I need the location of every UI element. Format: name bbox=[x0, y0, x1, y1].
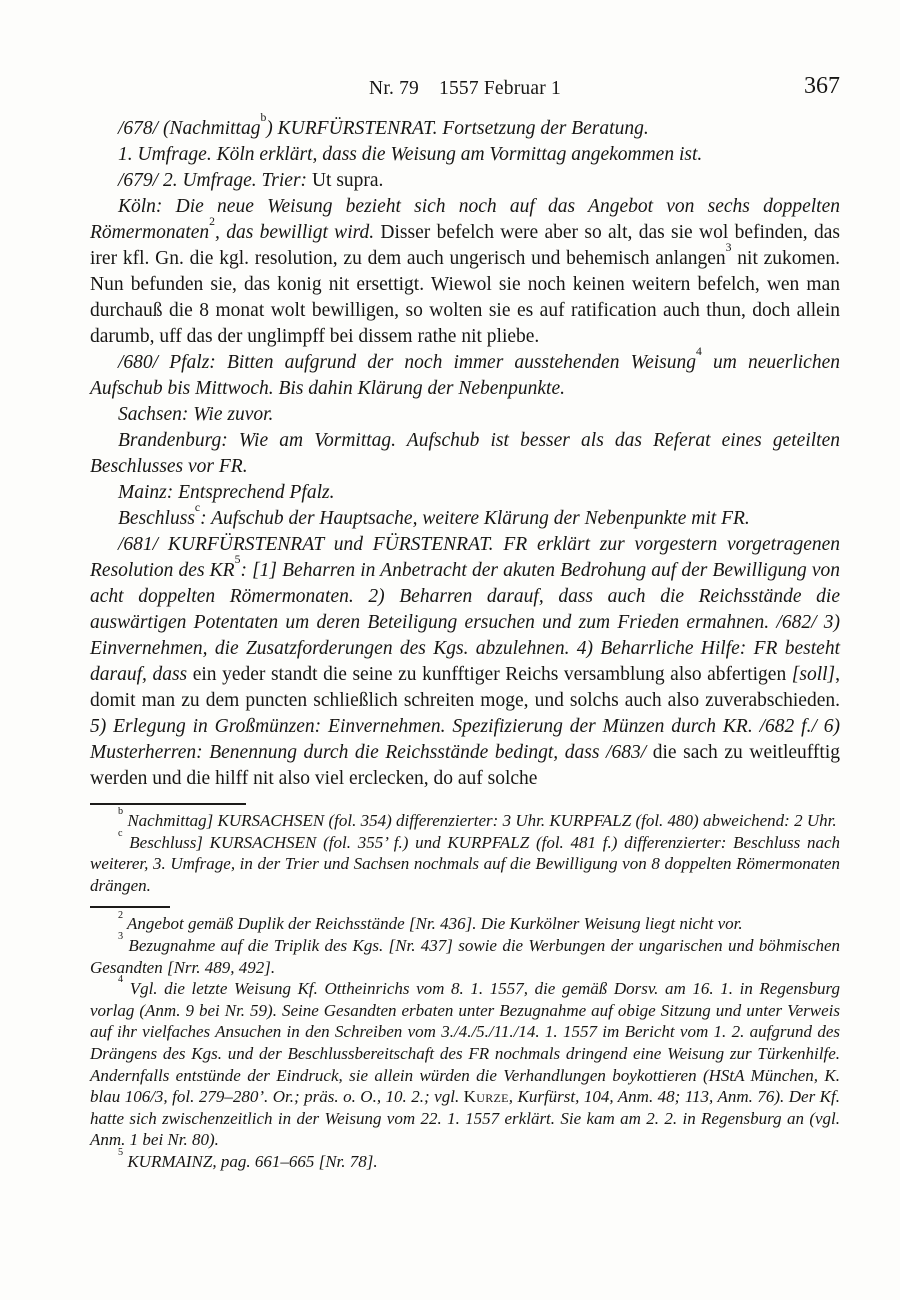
page-number: 367 bbox=[804, 73, 840, 100]
text-segment: Beschluss] KURSACHSEN (fol. 355’ f.) und… bbox=[90, 833, 840, 895]
running-head: Nr. 791557 Februar 1 bbox=[90, 78, 840, 100]
main-text: /678/ (Nachmittagb) KURFÜRSTENRAT. Forts… bbox=[90, 116, 840, 792]
apparatus-letters: b Nachmittag] KURSACHSEN (fol. 354) diff… bbox=[90, 810, 840, 896]
paragraph: /681/ KURFÜRSTENRAT und FÜRSTENRAT. FR e… bbox=[90, 532, 840, 792]
apparatus-numbers-divider bbox=[90, 906, 170, 908]
apparatus-letters-divider bbox=[90, 803, 246, 805]
book-page: Nr. 791557 Februar 1 367 /678/ (Nachmitt… bbox=[0, 0, 900, 1300]
text-segment: [soll] bbox=[792, 664, 835, 685]
header-date: 1557 Februar 1 bbox=[439, 78, 561, 99]
paragraph: 3 Bezugnahme auf die Triplik des Kgs. [N… bbox=[90, 935, 840, 978]
text-segment: Nachmittag] KURSACHSEN (fol. 354) differ… bbox=[123, 811, 837, 830]
paragraph: Mainz: Entsprechend Pfalz. bbox=[90, 480, 840, 506]
text-segment: Kurze bbox=[464, 1087, 509, 1106]
footnote-marker: 5 bbox=[235, 553, 241, 566]
footnote-marker: c bbox=[118, 828, 123, 839]
paragraph: /678/ (Nachmittagb) KURFÜRSTENRAT. Forts… bbox=[90, 116, 840, 142]
text-segment: KURMAINZ, pag. 661–665 [Nr. 78]. bbox=[123, 1152, 378, 1171]
text-segment: Brandenburg: Wie am Vormittag. Aufschub … bbox=[90, 430, 840, 477]
page-header: Nr. 791557 Februar 1 367 bbox=[90, 78, 840, 104]
apparatus-numbers: 2 Angebot gemäß Duplik der Reichsstände … bbox=[90, 913, 840, 1172]
footnote-marker: 4 bbox=[696, 345, 702, 358]
paragraph: /679/ 2. Umfrage. Trier: Ut supra. bbox=[90, 168, 840, 194]
text-segment: Bezugnahme auf die Triplik des Kgs. [Nr.… bbox=[90, 936, 840, 977]
text-segment: Ut supra. bbox=[312, 170, 384, 191]
paragraph: Köln: Die neue Weisung bezieht sich noch… bbox=[90, 194, 840, 350]
footnote-marker: b bbox=[260, 111, 266, 124]
text-segment: , das bewilligt wird. bbox=[215, 222, 374, 243]
footnote-marker: 3 bbox=[726, 241, 732, 254]
footnote-marker: 2 bbox=[118, 910, 123, 921]
paragraph: b Nachmittag] KURSACHSEN (fol. 354) diff… bbox=[90, 810, 840, 832]
text-segment: ein yeder standt die seine zu kunfftiger… bbox=[187, 664, 792, 685]
text-segment: Angebot gemäß Duplik der Reichsstände [N… bbox=[123, 914, 743, 933]
text-segment: /680/ Pfalz: Bitten aufgrund der noch im… bbox=[118, 352, 696, 373]
text-segment: Mainz: Entsprechend Pfalz. bbox=[118, 482, 334, 503]
text-segment: 1. Umfrage. Köln erklärt, dass die Weisu… bbox=[118, 144, 702, 165]
paragraph: 4 Vgl. die letzte Weisung Kf. Ottheinric… bbox=[90, 978, 840, 1151]
footnote-marker: 4 bbox=[118, 974, 123, 985]
text-segment: Beschluss bbox=[118, 508, 195, 529]
footnote-marker: c bbox=[195, 501, 200, 514]
footnote-marker: b bbox=[118, 806, 123, 817]
paragraph: /680/ Pfalz: Bitten aufgrund der noch im… bbox=[90, 350, 840, 402]
text-segment: /679/ 2. Umfrage. Trier: bbox=[118, 170, 312, 191]
paragraph: Sachsen: Wie zuvor. bbox=[90, 402, 840, 428]
text-segment: ) KURFÜRSTENRAT. Fortsetzung der Beratun… bbox=[266, 118, 648, 139]
footnote-marker: 2 bbox=[209, 215, 215, 228]
paragraph: 1. Umfrage. Köln erklärt, dass die Weisu… bbox=[90, 142, 840, 168]
paragraph: Beschlussc: Aufschub der Hauptsache, wei… bbox=[90, 506, 840, 532]
footnote-marker: 3 bbox=[118, 931, 123, 942]
text-segment: : Aufschub der Hauptsache, weitere Kläru… bbox=[200, 508, 750, 529]
paragraph: 2 Angebot gemäß Duplik der Reichsstände … bbox=[90, 913, 840, 935]
footnote-marker: 5 bbox=[118, 1147, 123, 1158]
paragraph: Brandenburg: Wie am Vormittag. Aufschub … bbox=[90, 428, 840, 480]
document-number: Nr. 79 bbox=[369, 78, 419, 99]
text-segment: /678/ (Nachmittag bbox=[118, 118, 260, 139]
text-segment: Sachsen: Wie zuvor. bbox=[118, 404, 273, 425]
paragraph: c Beschluss] KURSACHSEN (fol. 355’ f.) u… bbox=[90, 832, 840, 897]
paragraph: 5 KURMAINZ, pag. 661–665 [Nr. 78]. bbox=[90, 1151, 840, 1173]
